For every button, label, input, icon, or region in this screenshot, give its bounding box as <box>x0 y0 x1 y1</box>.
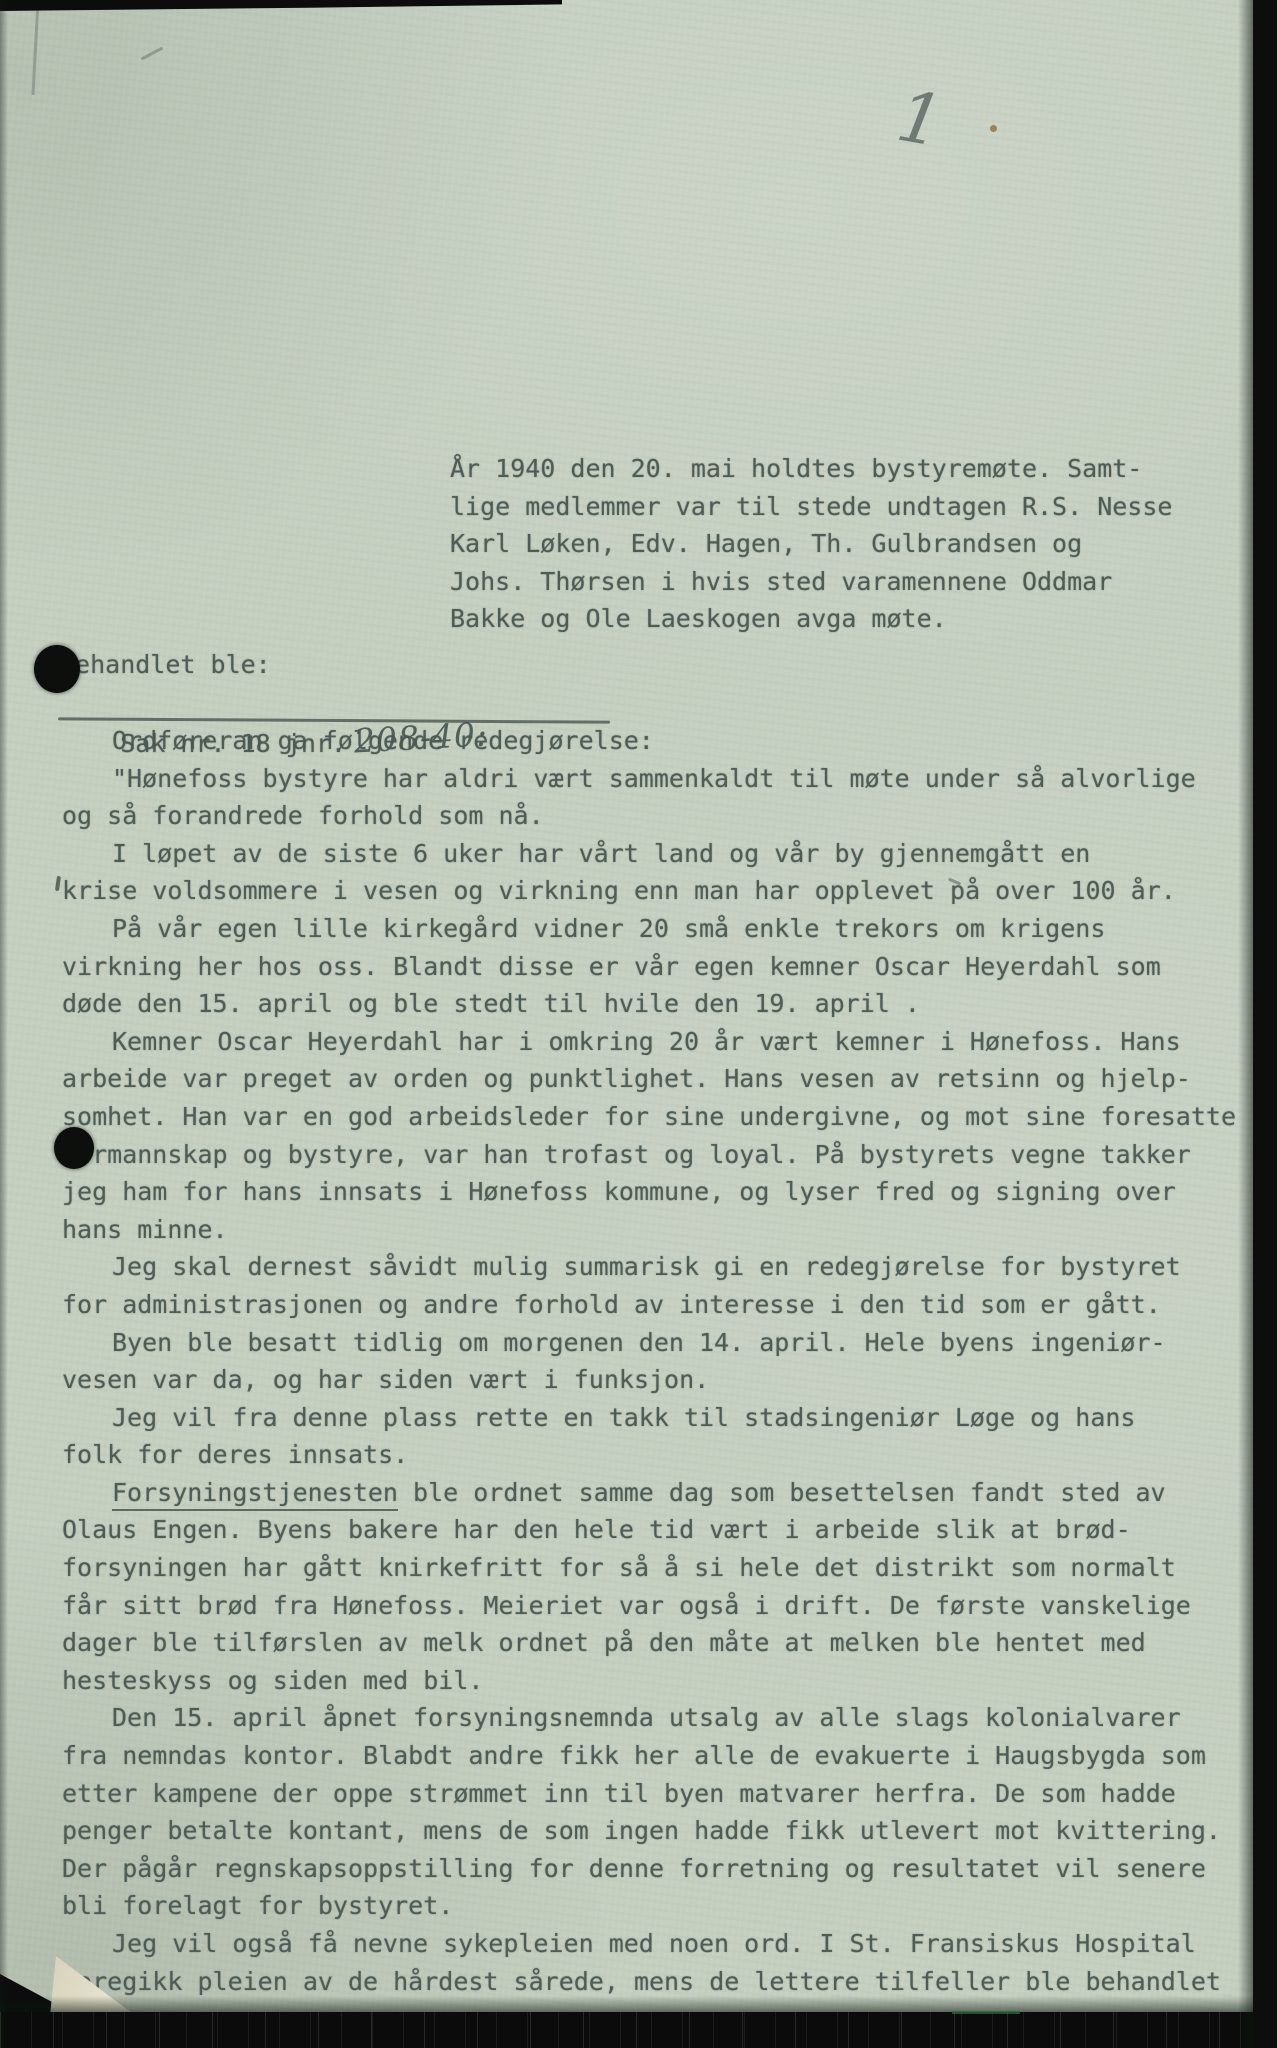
text-line: virkning her hos oss. Blandt disse er vå… <box>62 948 1236 986</box>
underlined-word: Forsyningstjenesten <box>112 1478 398 1511</box>
text-line: Den 15. april åpnet forsyningsnemnda uts… <box>62 1699 1236 1737</box>
scan-edge-left <box>0 0 8 2048</box>
text-line: Karl Løken, Edv. Hagen, Th. Gulbrandsen … <box>450 525 1172 563</box>
text-line: fra nemndas kontor. Blabdt andre fikk he… <box>62 1737 1236 1775</box>
text-line: Kemner Oscar Heyerdahl har i omkring 20 … <box>62 1023 1236 1061</box>
scan-edge-bottom <box>0 2012 1277 2048</box>
opening-block: År 1940 den 20. mai holdtes bystyremøte.… <box>450 450 1172 638</box>
text-line: hesteskyss og siden med bil. <box>62 1662 1236 1700</box>
text-line: I løpet av de siste 6 uker har vårt land… <box>62 835 1236 873</box>
punch-hole <box>54 1127 94 1169</box>
text-line: År 1940 den 20. mai holdtes bystyremøte.… <box>450 450 1172 488</box>
text-line: og så forandrede forhold som nå. <box>62 797 1236 835</box>
text-line: penger betalte kontant, mens de som inge… <box>62 1812 1236 1850</box>
text-line: hans minne. <box>62 1211 1236 1249</box>
scanned-document-page: 1 År 1940 den 20. mai holdtes bystyremøt… <box>0 0 1277 2048</box>
text-line: Olaus Engen. Byens bakere har den hele t… <box>62 1511 1236 1549</box>
paper-right-shadow <box>1238 0 1253 2048</box>
text-line: arbeide var preget av orden og punktligh… <box>62 1060 1236 1098</box>
scan-edge-right <box>1253 0 1277 2048</box>
text-line: formannskap og bystyre, var han trofast … <box>62 1136 1236 1174</box>
text-line: På vår egen lille kirkegård vidner 20 sm… <box>62 910 1236 948</box>
text-line: døde den 15. april og ble stedt til hvil… <box>62 985 1236 1023</box>
text-line: Bakke og Ole Laeskogen avga møte. <box>450 600 1172 638</box>
text-line: for administrasjonen og andre forhold av… <box>62 1286 1236 1324</box>
text-line: Jeg vil også få nevne sykepleien med noe… <box>62 1925 1236 1963</box>
text-line: krise voldsommere i vesen og virkning en… <box>62 872 1236 910</box>
text-line: Forsyningstjenesten ble ordnet samme dag… <box>62 1474 1236 1512</box>
text-line: bli forelagt for bystyret. <box>62 1887 1236 1925</box>
text-line: folk for deres innsats. <box>62 1436 1236 1474</box>
text-line: Jeg skal dernest såvidt mulig summarisk … <box>62 1248 1236 1286</box>
text-line: somhet. Han var en god arbeidsleder for … <box>62 1098 1236 1136</box>
text-line: jeg ham for hans innsats i Hønefoss komm… <box>62 1173 1236 1211</box>
text-line: dager ble tilførslen av melk ordnet på d… <box>62 1624 1236 1662</box>
ink-dot <box>990 125 997 132</box>
text-line: forsyningen har gått knirkefritt for så … <box>62 1549 1236 1587</box>
text-line: Jeg vil fra denne plass rette en takk ti… <box>62 1399 1236 1437</box>
text-line: får sitt brød fra Hønefoss. Meieriet var… <box>62 1587 1236 1625</box>
text-line: foregikk pleien av de hårdest sårede, me… <box>62 1963 1236 2001</box>
text-line: Ordføreran ga følgende redegjørelse: <box>62 722 1236 760</box>
paper-bottom-shadow <box>0 1996 1277 2012</box>
text-line: Der pågår regnskapsoppstilling for denne… <box>62 1850 1236 1888</box>
text-line: vesen var da, og har siden vært i funksj… <box>62 1361 1236 1399</box>
text-line: Byen ble besatt tidlig om morgenen den 1… <box>62 1324 1236 1362</box>
text-line: lige medlemmer var til stede undtagen R.… <box>450 488 1172 526</box>
scan-artifact-green <box>952 2011 1020 2014</box>
text-line: "Hønefoss bystyre har aldri vært sammenk… <box>62 760 1236 798</box>
text-line: Johs. Thørsen i hvis sted varamennene Od… <box>450 563 1172 601</box>
behandlet-label: Behandlet ble: <box>60 646 271 684</box>
text-line: etter kampene der oppe strømmet inn til … <box>62 1775 1236 1813</box>
body-text: Ordføreran ga følgende redegjørelse:"Høn… <box>62 722 1236 2000</box>
punch-hole <box>34 645 80 693</box>
